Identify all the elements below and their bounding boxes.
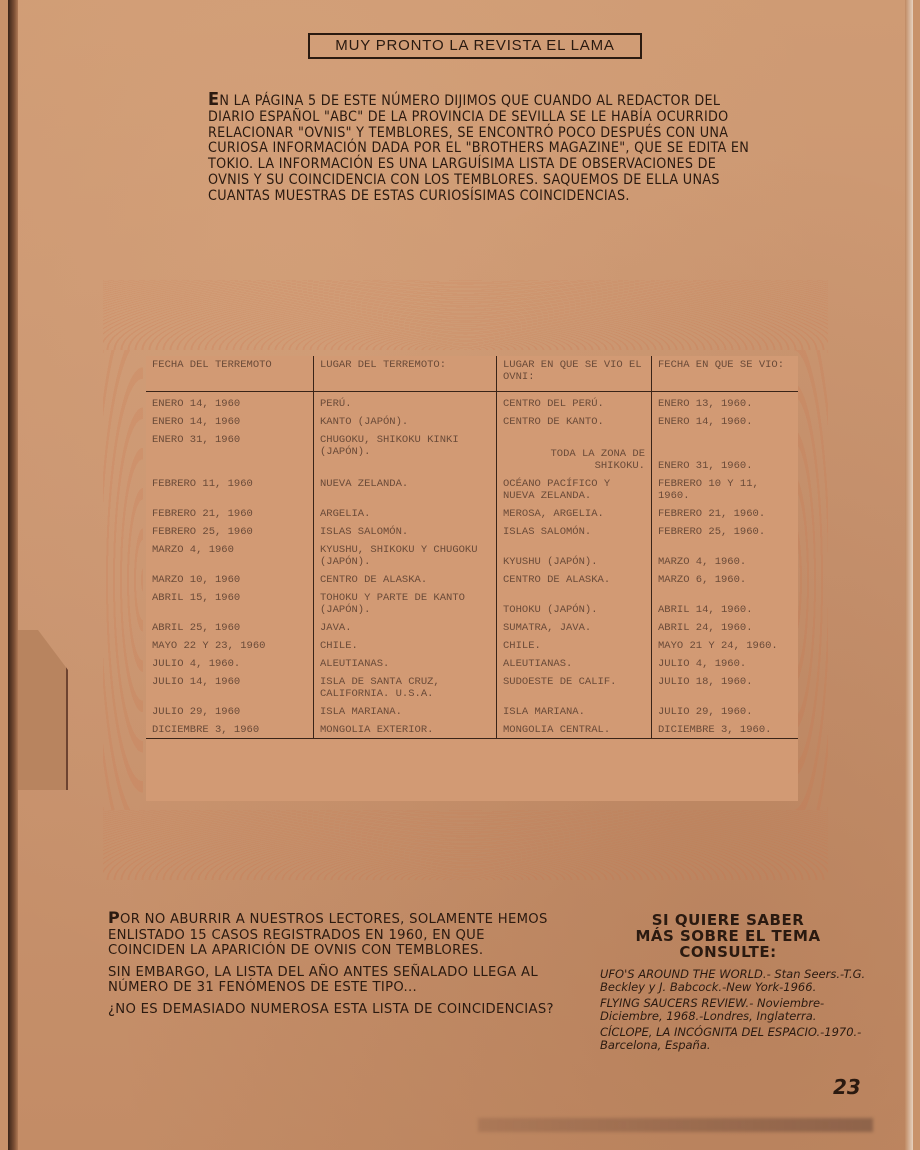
table-row: FEBRERO 11, 1960NUEVA ZELANDA.OCÉANO PAC… [146, 472, 798, 502]
cell: MEROSA, ARGELIA. [497, 502, 652, 520]
consult-heading: SI QUIERE SABER MÁS SOBRE EL TEMA CONSUL… [608, 912, 848, 960]
cell: CHILE. [497, 634, 652, 652]
table-row: MAYO 22 Y 23, 1960CHILE.CHILE.MAYO 21 Y … [146, 634, 798, 652]
cell: FEBRERO 25, 1960 [146, 520, 314, 538]
cell: ALEUTIANAS. [497, 652, 652, 670]
header-ufo-date: FECHA EN QUE SE VIO: [652, 356, 799, 392]
cell: JULIO 4, 1960. [652, 652, 799, 670]
intro-drop-cap: E [208, 89, 219, 110]
closing-paragraph-3: ¿NO ES DEMASIADO NUMEROSA ESTA LISTA DE … [108, 1002, 558, 1018]
cell: OCÉANO PACÍFICO Y NUEVA ZELANDA. [497, 472, 652, 502]
table-row: FEBRERO 25, 1960ISLAS SALOMÓN.ISLAS SALO… [146, 520, 798, 538]
cell: TOHOKU Y PARTE DE KANTO (JAPÓN). [314, 586, 497, 616]
closing-paragraph-1: POR NO ABURRIR A NUESTROS LECTORES, SOLA… [108, 910, 558, 959]
cell: ENERO 31, 1960 [146, 428, 314, 472]
cell: MARZO 4, 1960 [146, 538, 314, 568]
print-smudge [478, 1118, 873, 1132]
cell: FEBRERO 10 Y 11, 1960. [652, 472, 799, 502]
cell: ENERO 14, 1960 [146, 410, 314, 428]
cell: FEBRERO 21, 1960 [146, 502, 314, 520]
header-quake-place: LUGAR DEL TERREMOTO: [314, 356, 497, 392]
cell: FEBRERO 25, 1960. [652, 520, 799, 538]
torn-edge [18, 630, 68, 790]
cell: CENTRO DE KANTO. [497, 410, 652, 428]
cell: ENERO 31, 1960. [652, 428, 799, 472]
page-number: 23 [833, 1075, 861, 1099]
cell: TOHOKU (JAPÓN). [497, 586, 652, 616]
cell: DICIEMBRE 3, 1960. [652, 718, 799, 739]
intro-paragraph: EN LA PÁGINA 5 DE ESTE NÚMERO DIJIMOS QU… [208, 92, 753, 205]
cell: ISLAS SALOMÓN. [314, 520, 497, 538]
table-row: DICIEMBRE 3, 1960MONGOLIA EXTERIOR.MONGO… [146, 718, 798, 739]
cell: JULIO 4, 1960. [146, 652, 314, 670]
cell: ABRIL 24, 1960. [652, 616, 799, 634]
ornament-bottom [103, 810, 828, 880]
cell: SUDOESTE DE CALIF. [497, 670, 652, 700]
table-row: JULIO 14, 1960ISLA DE SANTA CRUZ, CALIFO… [146, 670, 798, 700]
header-banner: MUY PRONTO LA REVISTA EL LAMA [308, 33, 642, 59]
consult-heading-line: CONSULTE: [608, 944, 848, 960]
cell: ENERO 13, 1960. [652, 392, 799, 411]
cell: SUMATRA, JAVA. [497, 616, 652, 634]
table-row: MARZO 10, 1960CENTRO DE ALASKA.CENTRO DE… [146, 568, 798, 586]
table-row: ENERO 14, 1960PERÚ.CENTRO DEL PERÚ.ENERO… [146, 392, 798, 411]
cell: JULIO 29, 1960 [146, 700, 314, 718]
cell: ENERO 14, 1960 [146, 392, 314, 411]
closing-text-1: OR NO ABURRIR A NUESTROS LECTORES, SOLAM… [108, 912, 548, 958]
cell: JULIO 14, 1960 [146, 670, 314, 700]
ornament-right [793, 350, 828, 810]
cell: FEBRERO 11, 1960 [146, 472, 314, 502]
magazine-page: MUY PRONTO LA REVISTA EL LAMA EN LA PÁGI… [8, 0, 913, 1150]
closing-paragraph-2: SIN EMBARGO, LA LISTA DEL AÑO ANTES SEÑA… [108, 965, 558, 996]
cell: DICIEMBRE 3, 1960 [146, 718, 314, 739]
cell: CENTRO DEL PERÚ. [497, 392, 652, 411]
cell: ABRIL 14, 1960. [652, 586, 799, 616]
table-header-row: FECHA DEL TERREMOTO LUGAR DEL TERREMOTO:… [146, 356, 798, 392]
table-row: JULIO 4, 1960.ALEUTIANAS.ALEUTIANAS.JULI… [146, 652, 798, 670]
cell: ISLA DE SANTA CRUZ, CALIFORNIA. U.S.A. [314, 670, 497, 700]
cell: ENERO 14, 1960. [652, 410, 799, 428]
binding-spine [8, 0, 18, 1150]
cell: MONGOLIA EXTERIOR. [314, 718, 497, 739]
header-ufo-place: LUGAR EN QUE SE VIO EL OVNI: [497, 356, 652, 392]
cell: ISLAS SALOMÓN. [497, 520, 652, 538]
cell: TODA LA ZONA DE SHIKOKU. [497, 428, 652, 472]
coincidence-table: FECHA DEL TERREMOTO LUGAR DEL TERREMOTO:… [146, 356, 798, 801]
table-row: MARZO 4, 1960KYUSHU, SHIKOKU Y CHUGOKU (… [146, 538, 798, 568]
cell: ABRIL 25, 1960 [146, 616, 314, 634]
cell: MAYO 22 Y 23, 1960 [146, 634, 314, 652]
table-row: ABRIL 25, 1960JAVA.SUMATRA, JAVA.ABRIL 2… [146, 616, 798, 634]
reference-list: UFO'S AROUND THE WORLD.- Stan Seers.-T.G… [600, 968, 870, 1055]
cell: MARZO 4, 1960. [652, 538, 799, 568]
closing-drop-cap: P [108, 908, 120, 927]
cell: FEBRERO 21, 1960. [652, 502, 799, 520]
cell: CENTRO DE ALASKA. [314, 568, 497, 586]
cell: JULIO 29, 1960. [652, 700, 799, 718]
cell: ABRIL 15, 1960 [146, 586, 314, 616]
cell: ARGELIA. [314, 502, 497, 520]
cell: JAVA. [314, 616, 497, 634]
ornament-top [103, 280, 828, 350]
reference-item: CÍCLOPE, LA INCÓGNITA DEL ESPACIO.-1970.… [600, 1026, 870, 1051]
intro-text: N LA PÁGINA 5 DE ESTE NÚMERO DIJIMOS QUE… [208, 93, 749, 204]
cell: MARZO 6, 1960. [652, 568, 799, 586]
cell: MARZO 10, 1960 [146, 568, 314, 586]
consult-heading-line: MÁS SOBRE EL TEMA [608, 928, 848, 944]
cell: CENTRO DE ALASKA. [497, 568, 652, 586]
cell: ISLA MARIANA. [314, 700, 497, 718]
cell: CHILE. [314, 634, 497, 652]
cell: CHUGOKU, SHIKOKU KINKI (JAPÓN). [314, 428, 497, 472]
cell: NUEVA ZELANDA. [314, 472, 497, 502]
cell: MONGOLIA CENTRAL. [497, 718, 652, 739]
reference-item: UFO'S AROUND THE WORLD.- Stan Seers.-T.G… [600, 968, 870, 993]
table-row: JULIO 29, 1960ISLA MARIANA.ISLA MARIANA.… [146, 700, 798, 718]
header-quake-date: FECHA DEL TERREMOTO [146, 356, 314, 392]
cell: PERÚ. [314, 392, 497, 411]
page-edge [905, 0, 913, 1150]
cell: KANTO (JAPÓN). [314, 410, 497, 428]
ornament-left [103, 350, 143, 810]
cell: ISLA MARIANA. [497, 700, 652, 718]
consult-heading-line: SI QUIERE SABER [608, 912, 848, 928]
table-row: ENERO 31, 1960CHUGOKU, SHIKOKU KINKI (JA… [146, 428, 798, 472]
cell: JULIO 18, 1960. [652, 670, 799, 700]
cell: MAYO 21 Y 24, 1960. [652, 634, 799, 652]
table-row: ENERO 14, 1960KANTO (JAPÓN).CENTRO DE KA… [146, 410, 798, 428]
cell: KYUSHU, SHIKOKU Y CHUGOKU (JAPÓN). [314, 538, 497, 568]
closing-text: POR NO ABURRIR A NUESTROS LECTORES, SOLA… [108, 910, 558, 1023]
reference-item: FLYING SAUCERS REVIEW.- Noviembre-Diciem… [600, 997, 870, 1022]
cell: ALEUTIANAS. [314, 652, 497, 670]
table-row: ABRIL 15, 1960TOHOKU Y PARTE DE KANTO (J… [146, 586, 798, 616]
cell: KYUSHU (JAPÓN). [497, 538, 652, 568]
reference-detail: Barcelona, España. [600, 1038, 711, 1052]
table-row: FEBRERO 21, 1960ARGELIA.MEROSA, ARGELIA.… [146, 502, 798, 520]
